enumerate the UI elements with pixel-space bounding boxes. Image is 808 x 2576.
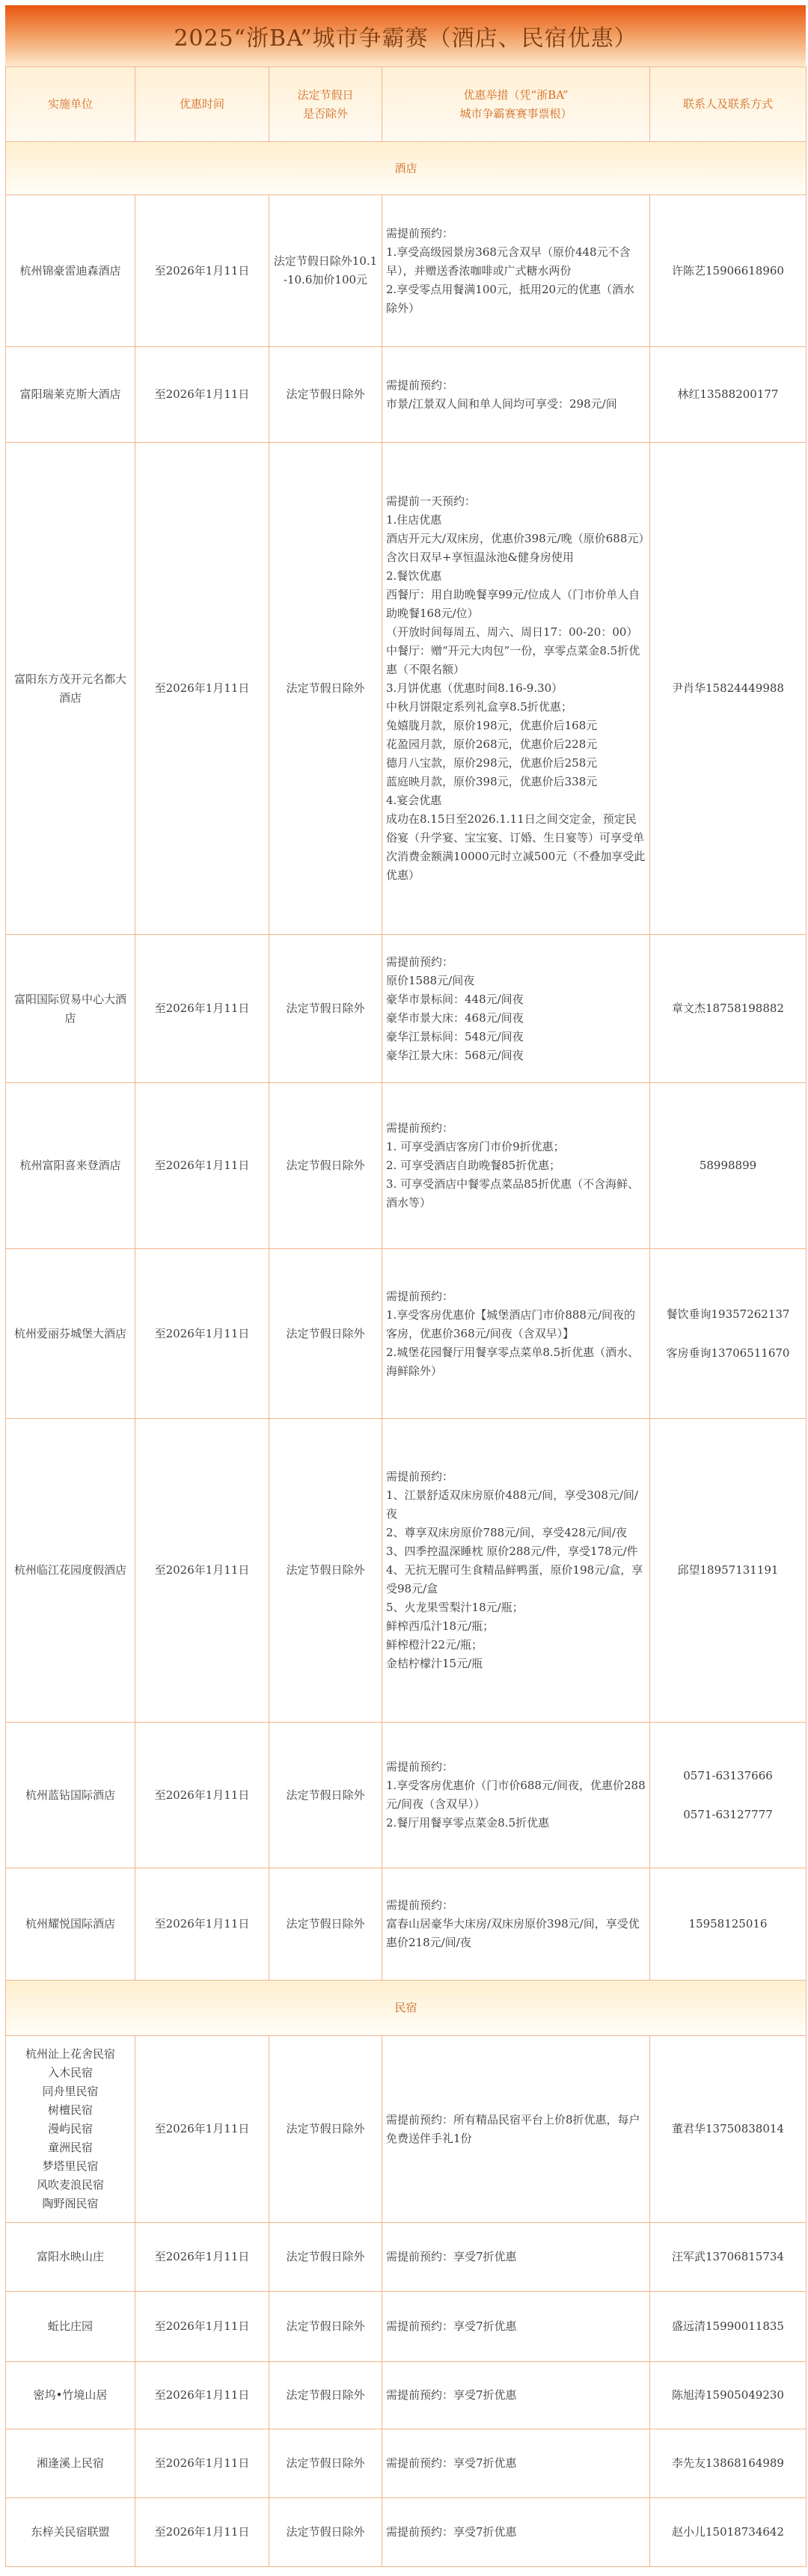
holiday-cell: 法定节假日除外 [269, 1868, 382, 1981]
table-row: 蚯比庄园至2026年1月11日法定节假日除外需提前预约：享受7折优惠盛远清159… [6, 2292, 807, 2362]
unit-cell-line: 密坞•竹境山居 [10, 2386, 131, 2405]
unit-cell: 富阳国际贸易中心大酒店 [6, 935, 135, 1083]
offer-cell-line: 4.宴会优惠 [386, 791, 646, 810]
contact-cell-line: 58998899 [654, 1156, 802, 1175]
offer-cell-line: 鲜榨橙汁22元/瓶； [386, 1636, 646, 1655]
offer-cell-line: 需提前预约： [386, 1287, 646, 1306]
offer-cell-line: 2.城堡花园餐厅用餐享零点菜单8.5折优惠（酒水、海鲜除外） [386, 1343, 646, 1381]
offer-cell-line: 豪华江景标间：548元/间夜 [386, 1028, 646, 1046]
period-cell: 至2026年1月11日 [135, 1083, 269, 1249]
contact-cell-line: 客房垂询13706511670 [654, 1344, 802, 1363]
table-row: 杭州蓝钻国际酒店至2026年1月11日法定节假日除外需提前预约：1.享受客房优惠… [6, 1723, 807, 1868]
unit-cell: 湘逢溪上民宿 [6, 2429, 135, 2498]
unit-cell-line: 蚯比庄园 [10, 2317, 131, 2336]
holiday-cell: 法定节假日除外10.1-10.6加价100元 [269, 195, 382, 347]
table-row: 富阳瑞莱克斯大酒店至2026年1月11日法定节假日除外需提前预约：市景/江景双人… [6, 347, 807, 443]
unit-cell-line: 杭州锦豪雷迪森酒店 [10, 262, 131, 280]
unit-cell: 杭州爱丽芬城堡大酒店 [6, 1249, 135, 1419]
offer-cell-line: 需提前预约：享受7折优惠 [386, 2317, 646, 2336]
unit-cell-line: 湘逢溪上民宿 [10, 2454, 131, 2473]
unit-cell: 杭州蓝钻国际酒店 [6, 1723, 135, 1868]
contact-cell-line: 许陈艺15906618960 [654, 262, 802, 280]
offer-cell-line: 需提前预约：享受7折优惠 [386, 2454, 646, 2473]
contact-cell: 0571-631376660571-63127777 [650, 1723, 807, 1868]
table-row: 东梓关民宿联盟至2026年1月11日法定节假日除外需提前预约：享受7折优惠赵小儿… [6, 2498, 807, 2567]
contact-cell: 15958125016 [650, 1868, 807, 1981]
unit-cell-line: 漫屿民宿 [10, 2120, 131, 2138]
unit-cell-line: 童洲民宿 [10, 2138, 131, 2157]
offer-cell-line: 需提前预约： [386, 1896, 646, 1915]
contact-cell: 陈旭涛15905049230 [650, 2362, 807, 2429]
contact-cell-line: 章文杰18758198882 [654, 999, 802, 1018]
offer-cell-line: 蓝庭映月款，原价398元，优惠价后338元 [386, 773, 646, 791]
unit-cell-line: 富阳瑞莱克斯大酒店 [10, 385, 131, 404]
contact-cell-line: 林红13588200177 [654, 385, 802, 404]
table-row: 富阳国际贸易中心大酒店至2026年1月11日法定节假日除外需提前预约：原价158… [6, 935, 807, 1083]
offer-cell-line: 需提前预约：享受7折优惠 [386, 2248, 646, 2266]
offer-cell: 需提前预约：市景/江景双人间和单人间均可享受：298元/间 [382, 347, 650, 443]
offer-cell-line: 2. 可享受酒店自助晚餐85折优惠； [386, 1156, 646, 1175]
offer-cell-line: 3. 可享受酒店中餐零点菜品85折优惠（不含海鲜、酒水等） [386, 1175, 646, 1212]
offer-cell-line: 2.享受零点用餐满100元，抵用20元的优惠（酒水除外） [386, 280, 646, 318]
offer-cell-line: 中秋月饼限定系列礼盒享8.5折优惠； [386, 698, 646, 717]
offer-cell-line: 需提前预约： [386, 224, 646, 243]
header-unit: 实施单位 [6, 67, 135, 142]
contact-cell: 董君华13750838014 [650, 2036, 807, 2223]
offer-cell-line: 富春山居豪华大床房/双床房原价398元/间，享受优惠价218元/间/夜 [386, 1915, 646, 1952]
holiday-cell: 法定节假日除外 [269, 1083, 382, 1249]
section-row: 民宿 [6, 1981, 807, 2036]
contact-cell-line: 汪军武13706815734 [654, 2248, 802, 2266]
table-header-row: 实施单位 优惠时间 法定节假日 是否除外 优惠举措（凭“浙BA” 城市争霸赛赛事… [6, 67, 807, 142]
offer-cell: 需提前预约：享受7折优惠 [382, 2429, 650, 2498]
offer-cell-line: 需提前一天预约： [386, 492, 646, 511]
contact-cell-line: 0571-63137666 [654, 1767, 802, 1785]
offer-cell: 需提前一天预约：1.住店优惠酒店开元大/双床房，优惠价398元/晚（原价688元… [382, 443, 650, 935]
contact-cell: 赵小儿15018734642 [650, 2498, 807, 2567]
offer-cell: 需提前预约：享受7折优惠 [382, 2498, 650, 2567]
holiday-cell: 法定节假日除外 [269, 1419, 382, 1723]
unit-cell-line: 富阳东方茂开元名都大酒店 [10, 670, 131, 708]
holiday-cell: 法定节假日除外 [269, 443, 382, 935]
table-row: 杭州沚上花舍民宿入木民宿同舟里民宿树檀民宿漫屿民宿童洲民宿梦塔里民宿风吹麦浪民宿… [6, 2036, 807, 2223]
offer-cell: 需提前预约：享受7折优惠 [382, 2223, 650, 2292]
contact-cell-line: 尹肖华15824449988 [654, 679, 802, 698]
offer-cell-line: 4、无抗无腥可生食精品鲜鸭蛋，原价198元/盒，享受98元/盒 [386, 1561, 646, 1598]
period-cell: 至2026年1月11日 [135, 2429, 269, 2498]
offer-cell: 需提前预约：原价1588元/间夜豪华市景标间：448元/间夜豪华市景大床：468… [382, 935, 650, 1083]
period-cell: 至2026年1月11日 [135, 1868, 269, 1981]
unit-cell-line: 风吹麦浪民宿 [10, 2176, 131, 2195]
period-cell: 至2026年1月11日 [135, 1419, 269, 1723]
contact-cell: 李先友13868164989 [650, 2429, 807, 2498]
promotion-table: 实施单位 优惠时间 法定节假日 是否除外 优惠举措（凭“浙BA” 城市争霸赛赛事… [5, 67, 807, 2567]
table-row: 杭州爱丽芬城堡大酒店至2026年1月11日法定节假日除外需提前预约：1.享受客房… [6, 1249, 807, 1419]
header-offer-line: 城市争霸赛赛事票根） [386, 105, 646, 123]
table-row: 杭州锦豪雷迪森酒店至2026年1月11日法定节假日除外10.1-10.6加价10… [6, 195, 807, 347]
offer-cell-line: 需提前预约： [386, 376, 646, 395]
unit-cell: 密坞•竹境山居 [6, 2362, 135, 2429]
offer-cell-line: 1.享受客房优惠价（门市价688元/间夜，优惠价288元/间夜（含双早）） [386, 1776, 646, 1814]
offer-cell-line: 1. 可享受酒店客房门市价9折优惠； [386, 1138, 646, 1156]
table-row: 富阳东方茂开元名都大酒店至2026年1月11日法定节假日除外需提前一天预约：1.… [6, 443, 807, 935]
unit-cell-line: 同舟里民宿 [10, 2082, 131, 2101]
unit-cell-line: 东梓关民宿联盟 [10, 2523, 131, 2542]
period-cell: 至2026年1月11日 [135, 2498, 269, 2567]
offer-cell-line: 德月八宝款，原价298元，优惠价后258元 [386, 754, 646, 773]
period-cell: 至2026年1月11日 [135, 2362, 269, 2429]
period-cell: 至2026年1月11日 [135, 347, 269, 443]
offer-cell: 需提前预约：富春山居豪华大床房/双床房原价398元/间，享受优惠价218元/间/… [382, 1868, 650, 1981]
contact-cell: 许陈艺15906618960 [650, 195, 807, 347]
header-offer: 优惠举措（凭“浙BA” 城市争霸赛赛事票根） [382, 67, 650, 142]
offer-cell-line: 鲜榨西瓜汁18元/瓶； [386, 1617, 646, 1636]
offer-cell: 需提前预约：所有精品民宿平台上价8折优惠，每户免费送伴手礼1份 [382, 2036, 650, 2223]
page-title: 2025“浙BA”城市争霸赛（酒店、民宿优惠） [174, 19, 637, 52]
offer-cell-line: 3.月饼优惠（优惠时间8.16-9.30） [386, 679, 646, 698]
contact-cell-line: 陈旭涛15905049230 [654, 2386, 802, 2405]
offer-cell-line: 2.餐饮优惠 [386, 567, 646, 586]
unit-cell-line: 富阳国际贸易中心大酒店 [10, 990, 131, 1028]
contact-cell: 尹肖华15824449988 [650, 443, 807, 935]
contact-cell: 章文杰18758198882 [650, 935, 807, 1083]
offer-cell-line: 含次日双早+享恒温泳池&健身房使用 [386, 548, 646, 567]
offer-cell-line: 需提前预约：享受7折优惠 [386, 2523, 646, 2542]
header-holiday: 法定节假日 是否除外 [269, 67, 382, 142]
unit-cell-line: 杭州蓝钻国际酒店 [10, 1786, 131, 1805]
offer-cell-line: 3、四季控温深睡枕 原价288元/件，享受178元/件 [386, 1542, 646, 1561]
unit-cell: 东梓关民宿联盟 [6, 2498, 135, 2567]
header-offer-line: 优惠举措（凭“浙BA” [386, 86, 646, 105]
contact-cell: 汪军武13706815734 [650, 2223, 807, 2292]
unit-cell: 富阳东方茂开元名都大酒店 [6, 443, 135, 935]
holiday-cell: 法定节假日除外 [269, 2292, 382, 2362]
period-cell: 至2026年1月11日 [135, 1249, 269, 1419]
holiday-cell: 法定节假日除外 [269, 347, 382, 443]
offer-cell-line: 5、火龙果雪梨汁18元/瓶； [386, 1598, 646, 1617]
header-period: 优惠时间 [135, 67, 269, 142]
unit-cell: 杭州临江花园度假酒店 [6, 1419, 135, 1723]
period-cell: 至2026年1月11日 [135, 935, 269, 1083]
offer-cell-line: 原价1588元/间夜 [386, 972, 646, 990]
offer-cell-line: 需提前预约： [386, 1468, 646, 1486]
unit-cell-line: 树檀民宿 [10, 2101, 131, 2120]
holiday-cell: 法定节假日除外 [269, 2429, 382, 2498]
contact-cell-line: 盛远清15990011835 [654, 2317, 802, 2336]
offer-cell-line: 豪华市景大床：468元/间夜 [386, 1009, 646, 1028]
offer-cell-line: 需提前预约：享受7折优惠 [386, 2386, 646, 2405]
unit-cell-line: 杭州沚上花舍民宿 [10, 2045, 131, 2064]
offer-cell-line: 2、尊享双床房原价788元/间，享受428元/间/夜 [386, 1524, 646, 1542]
contact-cell-line: 15958125016 [654, 1915, 802, 1933]
offer-cell-line: 需提前预约： [386, 953, 646, 972]
unit-cell: 蚯比庄园 [6, 2292, 135, 2362]
offer-cell: 需提前预约：1. 可享受酒店客房门市价9折优惠；2. 可享受酒店自助晚餐85折优… [382, 1083, 650, 1249]
period-cell: 至2026年1月11日 [135, 195, 269, 347]
unit-cell-line: 杭州耀悦国际酒店 [10, 1915, 131, 1933]
offer-cell-line: 需提前预约： [386, 1758, 646, 1776]
table-row: 杭州耀悦国际酒店至2026年1月11日法定节假日除外需提前预约：富春山居豪华大床… [6, 1868, 807, 1981]
unit-cell-line: 陶野阁民宿 [10, 2195, 131, 2213]
offer-cell: 需提前预约：享受7折优惠 [382, 2362, 650, 2429]
contact-cell-line: 董君华13750838014 [654, 2120, 802, 2138]
offer-cell-line: 豪华江景大床：568元/间夜 [386, 1046, 646, 1065]
unit-cell-line: 杭州爱丽芬城堡大酒店 [10, 1325, 131, 1343]
holiday-cell: 法定节假日除外 [269, 2223, 382, 2292]
unit-cell: 杭州富阳喜来登酒店 [6, 1083, 135, 1249]
contact-cell: 林红13588200177 [650, 347, 807, 443]
table-row: 富阳水映山庄至2026年1月11日法定节假日除外需提前预约：享受7折优惠汪军武1… [6, 2223, 807, 2292]
offer-cell: 需提前预约：1.享受客房优惠价（门市价688元/间夜，优惠价288元/间夜（含双… [382, 1723, 650, 1868]
unit-cell: 富阳瑞莱克斯大酒店 [6, 347, 135, 443]
offer-cell-line: 1、江景舒适双床房原价488元/间，享受308元/间/夜 [386, 1486, 646, 1524]
contact-cell: 邱望18957131191 [650, 1419, 807, 1723]
contact-cell-line: 0571-63127777 [654, 1806, 802, 1824]
offer-cell-line: （开放时间每周五、周六、周日17：00-20：00） [386, 623, 646, 642]
header-holiday-line: 是否除外 [273, 105, 378, 123]
offer-cell-line: 花盈园月款，原价268元，优惠价后228元 [386, 735, 646, 754]
holiday-cell: 法定节假日除外 [269, 1249, 382, 1419]
period-cell: 至2026年1月11日 [135, 2036, 269, 2223]
offer-cell-line: 1.住店优惠 [386, 511, 646, 530]
table-row: 杭州富阳喜来登酒店至2026年1月11日法定节假日除外需提前预约：1. 可享受酒… [6, 1083, 807, 1249]
unit-cell: 杭州沚上花舍民宿入木民宿同舟里民宿树檀民宿漫屿民宿童洲民宿梦塔里民宿风吹麦浪民宿… [6, 2036, 135, 2223]
holiday-cell: 法定节假日除外 [269, 1723, 382, 1868]
holiday-cell: 法定节假日除外 [269, 2036, 382, 2223]
unit-cell: 富阳水映山庄 [6, 2223, 135, 2292]
table-row: 湘逢溪上民宿至2026年1月11日法定节假日除外需提前预约：享受7折优惠李先友1… [6, 2429, 807, 2498]
unit-cell: 杭州锦豪雷迪森酒店 [6, 195, 135, 347]
offer-cell-line: 1.享受高级园景房368元含双早（原价448元不含早），并赠送香浓咖啡或广式糖水… [386, 243, 646, 280]
section-label: 酒店 [6, 142, 807, 195]
offer-cell-line: 成功在8.15日至2026.1.11日之间交定金，预定民俗宴（升学宴、宝宝宴、订… [386, 810, 646, 885]
holiday-cell: 法定节假日除外 [269, 2362, 382, 2429]
offer-cell-line: 需提前预约： [386, 1119, 646, 1138]
offer-cell-line: 需提前预约：所有精品民宿平台上价8折优惠，每户免费送伴手礼1份 [386, 2111, 646, 2148]
title-banner: 2025“浙BA”城市争霸赛（酒店、民宿优惠） [5, 5, 806, 67]
offer-cell-line: 1.享受客房优惠价【城堡酒店门市价888元/间夜的客房，优惠价368元/间夜（含… [386, 1306, 646, 1343]
period-cell: 至2026年1月11日 [135, 443, 269, 935]
contact-cell-line: 邱望18957131191 [654, 1561, 802, 1580]
offer-cell-line: 酒店开元大/双床房，优惠价398元/晚（原价688元） [386, 530, 646, 548]
unit-cell-line: 入木民宿 [10, 2064, 131, 2082]
offer-cell: 需提前预约：1.享受客房优惠价【城堡酒店门市价888元/间夜的客房，优惠价368… [382, 1249, 650, 1419]
section-label: 民宿 [6, 1981, 807, 2036]
offer-cell: 需提前预约：1.享受高级园景房368元含双早（原价448元不含早），并赠送香浓咖… [382, 195, 650, 347]
offer-cell-line: 中餐厅：赠“开元大肉包”一份，享零点菜金8.5折优惠（不限名额） [386, 642, 646, 679]
offer-cell-line: 豪华市景标间：448元/间夜 [386, 990, 646, 1009]
offer-cell-line: 2.餐厅用餐享零点菜金8.5折优惠 [386, 1814, 646, 1833]
contact-cell-line: 李先友13868164989 [654, 2454, 802, 2473]
contact-cell: 餐饮垂询19357262137客房垂询13706511670 [650, 1249, 807, 1419]
holiday-cell: 法定节假日除外 [269, 935, 382, 1083]
unit-cell-line: 富阳水映山庄 [10, 2248, 131, 2266]
offer-cell-line: 金桔柠檬汁15元/瓶 [386, 1655, 646, 1673]
table-row: 密坞•竹境山居至2026年1月11日法定节假日除外需提前预约：享受7折优惠陈旭涛… [6, 2362, 807, 2429]
period-cell: 至2026年1月11日 [135, 2223, 269, 2292]
header-contact: 联系人及联系方式 [650, 67, 807, 142]
contact-cell: 盛远清15990011835 [650, 2292, 807, 2362]
unit-cell-line: 杭州临江花园度假酒店 [10, 1561, 131, 1580]
period-cell: 至2026年1月11日 [135, 1723, 269, 1868]
table-row: 杭州临江花园度假酒店至2026年1月11日法定节假日除外需提前预约：1、江景舒适… [6, 1419, 807, 1723]
offer-cell-line: 西餐厅：用自助晚餐享99元/位成人（门市价单人自助晚餐168元/位） [386, 586, 646, 623]
contact-cell: 58998899 [650, 1083, 807, 1249]
section-row: 酒店 [6, 142, 807, 195]
unit-cell-line: 杭州富阳喜来登酒店 [10, 1156, 131, 1175]
offer-cell: 需提前预约：1、江景舒适双床房原价488元/间，享受308元/间/夜2、尊享双床… [382, 1419, 650, 1723]
offer-cell: 需提前预约：享受7折优惠 [382, 2292, 650, 2362]
contact-cell-line: 餐饮垂询19357262137 [654, 1305, 802, 1324]
period-cell: 至2026年1月11日 [135, 2292, 269, 2362]
contact-cell-line: 赵小儿15018734642 [654, 2523, 802, 2542]
unit-cell: 杭州耀悦国际酒店 [6, 1868, 135, 1981]
offer-cell-line: 市景/江景双人间和单人间均可享受：298元/间 [386, 395, 646, 414]
offer-cell-line: 兔嬉胧月款，原价198元，优惠价后168元 [386, 717, 646, 735]
table-body: 酒店杭州锦豪雷迪森酒店至2026年1月11日法定节假日除外10.1-10.6加价… [6, 142, 807, 2567]
holiday-cell: 法定节假日除外 [269, 2498, 382, 2567]
header-holiday-line: 法定节假日 [273, 86, 378, 105]
unit-cell-line: 梦塔里民宿 [10, 2157, 131, 2176]
